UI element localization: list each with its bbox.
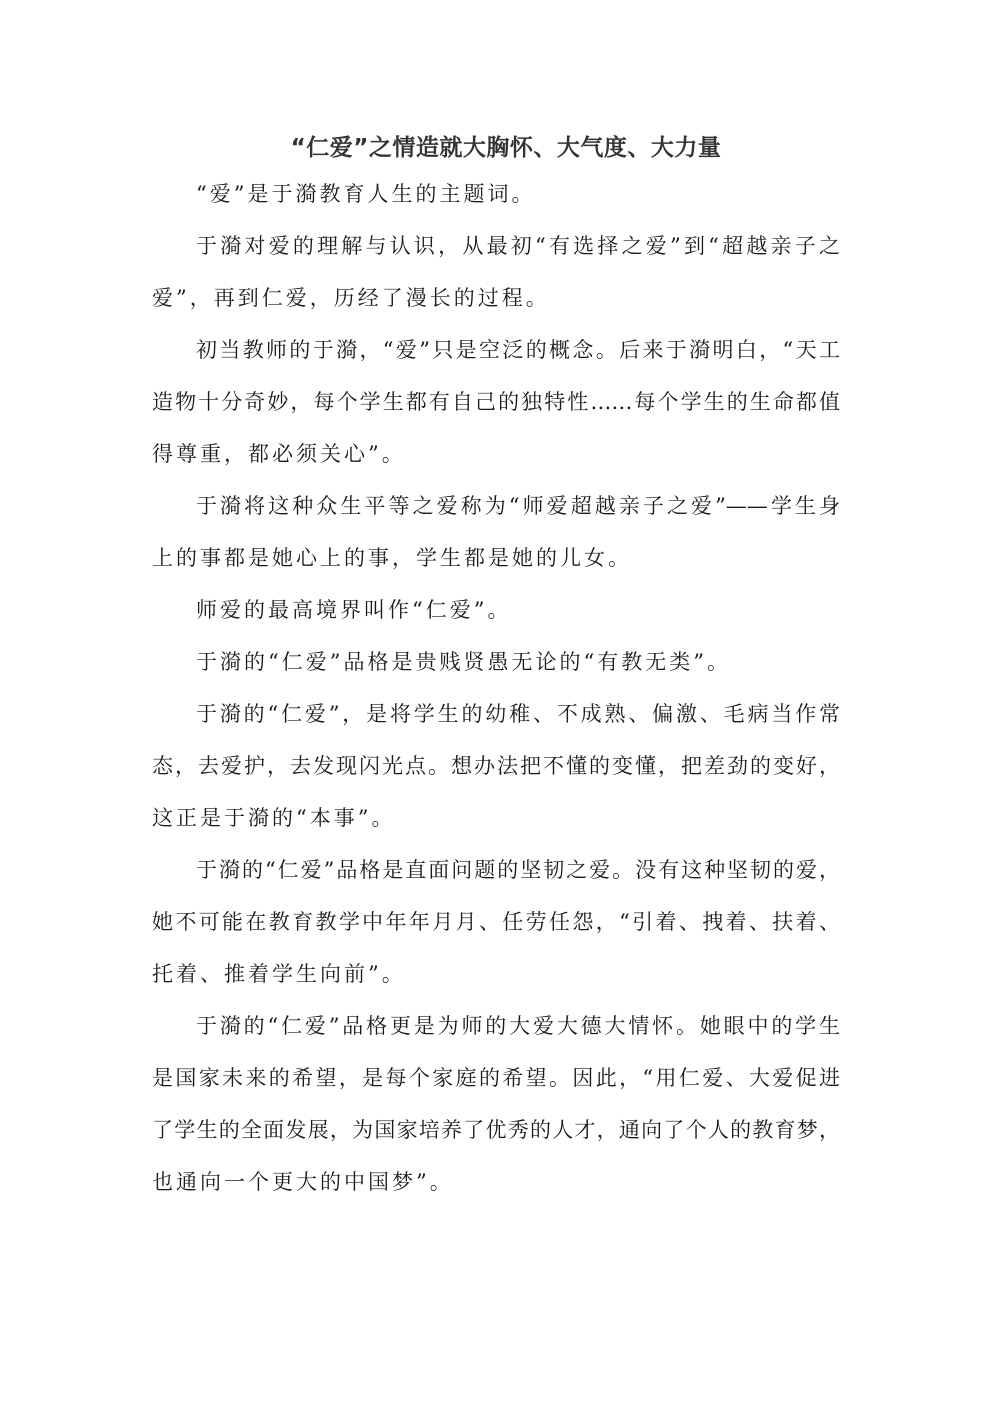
paragraph-7: 于漪的“仁爱”，是将学生的幼稚、不成熟、偏激、毛病当作常 态，去爱护，去发现闪光… (152, 688, 840, 844)
paragraph-5: 师爱的最高境界叫作“仁爱”。 (152, 584, 840, 636)
paragraph-line: 也通向一个更大的中国梦”。 (152, 1156, 840, 1208)
paragraph-line: 了学生的全面发展，为国家培养了优秀的人才，通向了个人的教育梦， (152, 1104, 840, 1156)
paragraph-line: 得尊重，都必须关心”。 (152, 428, 840, 480)
document-title: “仁爱”之情造就大胸怀、大气度、大力量 (172, 128, 840, 168)
paragraph-9: 于漪的“仁爱”品格更是为师的大爱大德大情怀。她眼中的学生 是国家未来的希望，是每… (152, 1000, 840, 1208)
paragraph-8: 于漪的“仁爱”品格是直面问题的坚韧之爱。没有这种坚韧的爱， 她不可能在教育教学中… (152, 844, 840, 1000)
paragraph-line: 是国家未来的希望，是每个家庭的希望。因此，“用仁爱、大爱促进 (152, 1052, 840, 1104)
paragraph-line: 于漪将这种众生平等之爱称为“师爱超越亲子之爱”——学生身 (152, 480, 840, 532)
paragraph-line: 师爱的最高境界叫作“仁爱”。 (152, 584, 840, 636)
paragraph-line: 上的事都是她心上的事，学生都是她的儿女。 (152, 532, 840, 584)
paragraph-line: 爱”，再到仁爱，历经了漫长的过程。 (152, 272, 840, 324)
document-page: “仁爱”之情造就大胸怀、大气度、大力量 “爱”是于漪教育人生的主题词。 于漪对爱… (152, 128, 840, 1208)
paragraph-line: 她不可能在教育教学中年年月月、任劳任怨，“引着、拽着、扶着、 (152, 896, 840, 948)
paragraph-line: 态，去爱护，去发现闪光点。想办法把不懂的变懂，把差劲的变好， (152, 740, 840, 792)
paragraph-line: 于漪对爱的理解与认识，从最初“有选择之爱”到“超越亲子之 (152, 220, 840, 272)
paragraph-line: 托着、推着学生向前”。 (152, 948, 840, 1000)
paragraph-2: 于漪对爱的理解与认识，从最初“有选择之爱”到“超越亲子之 爱”，再到仁爱，历经了… (152, 220, 840, 324)
paragraph-1: “爱”是于漪教育人生的主题词。 (152, 168, 840, 220)
paragraph-line: 于漪的“仁爱”品格更是为师的大爱大德大情怀。她眼中的学生 (152, 1000, 840, 1052)
paragraph-line: 于漪的“仁爱”，是将学生的幼稚、不成熟、偏激、毛病当作常 (152, 688, 840, 740)
paragraph-3: 初当教师的于漪，“爱”只是空泛的概念。后来于漪明白，“天工 造物十分奇妙，每个学… (152, 324, 840, 480)
paragraph-4: 于漪将这种众生平等之爱称为“师爱超越亲子之爱”——学生身 上的事都是她心上的事，… (152, 480, 840, 584)
paragraph-6: 于漪的“仁爱”品格是贵贱贤愚无论的“有教无类”。 (152, 636, 840, 688)
paragraph-line: 于漪的“仁爱”品格是直面问题的坚韧之爱。没有这种坚韧的爱， (152, 844, 840, 896)
paragraph-line: “爱”是于漪教育人生的主题词。 (152, 168, 840, 220)
paragraph-line: 这正是于漪的“本事”。 (152, 792, 840, 844)
paragraph-line: 于漪的“仁爱”品格是贵贱贤愚无论的“有教无类”。 (152, 636, 840, 688)
paragraph-line: 造物十分奇妙，每个学生都有自己的独特性……每个学生的生命都值 (152, 376, 840, 428)
paragraph-line: 初当教师的于漪，“爱”只是空泛的概念。后来于漪明白，“天工 (152, 324, 840, 376)
